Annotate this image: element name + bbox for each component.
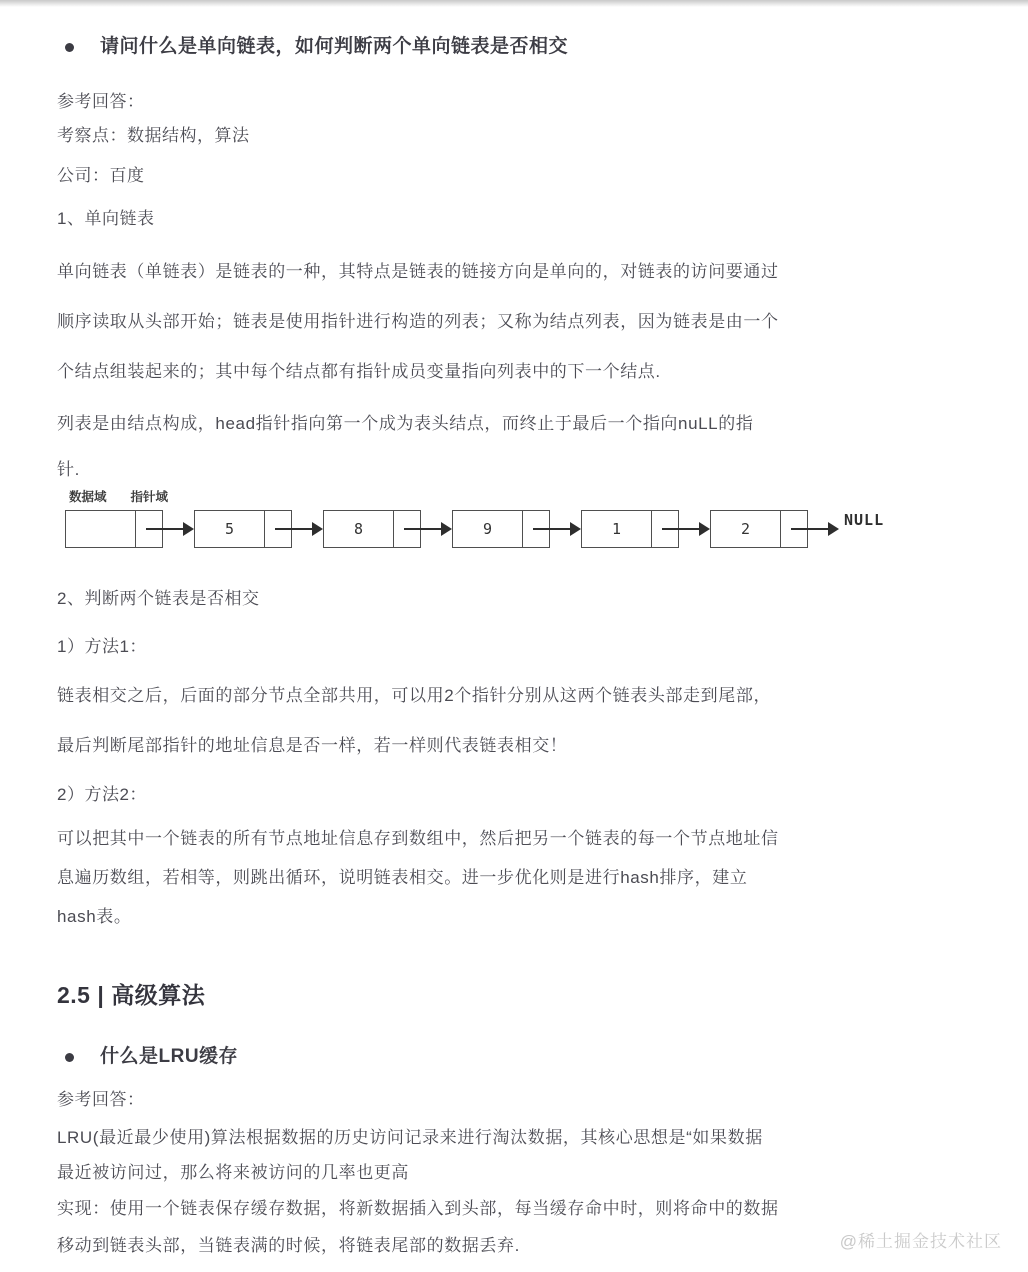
question-2-row: 什么是LRU缓存	[65, 1044, 880, 1070]
diagram-row: 5 8 9 1 2 NULL	[65, 509, 880, 549]
section-2-5-heading: 2.5 | 高级算法	[57, 980, 880, 1010]
node-data-cell: 1	[582, 511, 651, 547]
exam-points-line: 考察点：数据结构，算法	[57, 124, 880, 148]
page-top-shadow	[0, 0, 1028, 7]
paragraph-singly-linked-list: 单向链表（单链表）是链表的一种，其特点是链表的链接方向是单向的，对链表的访问要通…	[57, 247, 880, 397]
question-1-title: 请问什么是单向链表，如何判断两个单向链表是否相交	[100, 34, 568, 60]
reference-answer-label-2: 参考回答：	[57, 1088, 880, 1112]
arrow-icon	[275, 522, 323, 536]
arrow-icon	[533, 522, 581, 536]
reference-answer-label: 参考回答：	[57, 90, 880, 114]
document-body: 请问什么是单向链表，如何判断两个单向链表是否相交 参考回答： 考察点：数据结构，…	[0, 0, 940, 1264]
node-data-cell: 8	[324, 511, 393, 547]
arrow-icon	[146, 522, 194, 536]
bullet-icon	[65, 43, 74, 52]
lru-implementation-paragraph: 实现：使用一个链表保存缓存数据，将新数据插入到头部，每当缓存命中时，则将命中的数…	[57, 1190, 880, 1264]
pointer-field-label: 指针域	[131, 489, 169, 505]
watermark: @稀土掘金技术社区	[840, 1227, 1002, 1252]
diagram-labels: 数据域 指针域	[65, 489, 880, 505]
section-1-title: 1、单向链表	[57, 207, 880, 231]
arrow-icon	[791, 522, 839, 536]
data-field-label: 数据域	[69, 489, 107, 505]
lru-definition-paragraph: LRU(最近最少使用)算法根据数据的历史访问记录来进行淘汰数据，其核心思想是“如…	[57, 1120, 880, 1190]
method-2-paragraph: 可以把其中一个链表的所有节点地址信息存到数组中，然后把另一个链表的每一个节点地址…	[57, 819, 880, 936]
method-1-paragraph: 链表相交之后，后面的部分节点全部共用，可以用2个指针分别从这两个链表头部走到尾部…	[57, 671, 880, 771]
node-data-cell: 5	[195, 511, 264, 547]
node-data-cell: 9	[453, 511, 522, 547]
paragraph-head-pointer: 列表是由结点构成，head指针指向第一个成为表头结点，而终止于最后一个指向nuL…	[57, 401, 880, 493]
method-1-label: 1）方法1：	[57, 635, 880, 659]
arrow-icon	[404, 522, 452, 536]
company-line: 公司：百度	[57, 164, 880, 188]
section-2-title: 2、判断两个链表是否相交	[57, 587, 880, 611]
method-2-label: 2）方法2：	[57, 783, 880, 807]
node-data-cell	[66, 511, 135, 547]
node-data-cell: 2	[711, 511, 780, 547]
null-label: NULL	[844, 511, 884, 529]
linked-list-diagram: 数据域 指针域 5 8 9 1	[65, 489, 880, 549]
question-2-title: 什么是LRU缓存	[100, 1044, 238, 1070]
bullet-icon	[65, 1053, 74, 1062]
question-1-row: 请问什么是单向链表，如何判断两个单向链表是否相交	[65, 34, 880, 60]
arrow-icon	[662, 522, 710, 536]
